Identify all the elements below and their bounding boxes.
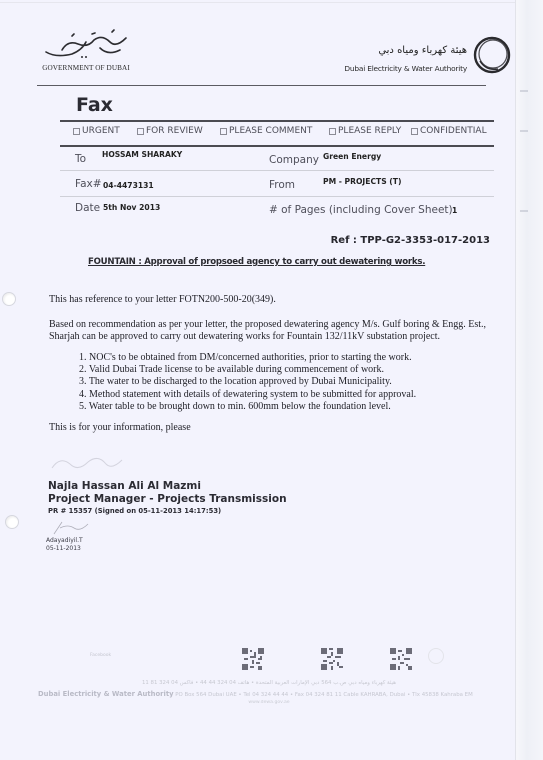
dewa-logo: هيئة كهرباء ومياه دبي Dubai Electricity … bbox=[322, 35, 512, 85]
divider bbox=[60, 170, 494, 171]
checkbox-icon bbox=[137, 128, 144, 135]
divider bbox=[60, 120, 494, 122]
condition-item: 1. NOC's to be obtained from DM/concerne… bbox=[79, 352, 499, 364]
signature-block: Najla Hassan Ali Al Mazmi Project Manage… bbox=[48, 480, 287, 516]
fax-number-value: 04-4473131 bbox=[103, 181, 154, 190]
initials-block: Adayadiyil.T 05-11-2013 bbox=[46, 537, 83, 553]
condition-item: 4. Method statement with details of dewa… bbox=[79, 389, 499, 401]
scan-artifact bbox=[520, 210, 528, 212]
checkbox-label: CONFIDENTIAL bbox=[420, 126, 487, 136]
reference-number: Ref : TPP-G2-3353-017-2013 bbox=[331, 235, 490, 246]
checkbox-confidential[interactable]: CONFIDENTIAL bbox=[411, 126, 487, 136]
date-value: 5th Nov 2013 bbox=[103, 203, 160, 212]
footer-website[interactable]: www.dewa.gov.ae bbox=[38, 700, 500, 705]
pages-value: 1 bbox=[452, 206, 457, 215]
footer-arabic-address: هيئة كهرباء ومياه دبي ص.ب 564 دبي الإمار… bbox=[38, 680, 500, 686]
conditions-list: 1. NOC's to be obtained from DM/concerne… bbox=[79, 352, 499, 413]
dewa-ring-icon bbox=[472, 35, 512, 75]
condition-item: 5. Water table to be brought down to min… bbox=[79, 401, 499, 413]
checkbox-icon bbox=[411, 128, 418, 135]
to-value: HOSSAM SHARAKY bbox=[102, 150, 182, 159]
signature-scribble-icon bbox=[48, 450, 128, 476]
company-value: Green Energy bbox=[323, 152, 381, 161]
letter-subject: FOUNTAIN : Approval of propsoed agency t… bbox=[88, 257, 425, 267]
signer-name: Najla Hassan Ali Al Mazmi bbox=[48, 480, 287, 493]
paragraph-approval: Based on recommendation as per your lett… bbox=[49, 319, 499, 344]
checkbox-for-review[interactable]: FOR REVIEW bbox=[137, 126, 203, 136]
footer-emblem-icon bbox=[428, 648, 444, 664]
checkbox-icon bbox=[73, 128, 80, 135]
gov-logo-text: GOVERNMENT OF DUBAI bbox=[36, 64, 136, 72]
condition-item: 2. Valid Dubai Trade license to be avail… bbox=[79, 364, 499, 376]
divider bbox=[60, 196, 494, 197]
company-label: Company bbox=[269, 154, 319, 166]
footer-english-address: Dubai Electricity & Water Authority PO B… bbox=[38, 690, 500, 698]
scan-artifact bbox=[520, 90, 528, 92]
scan-top-border bbox=[0, 2, 515, 3]
dewa-english-name: Dubai Electricity & Water Authority bbox=[344, 64, 467, 73]
punch-hole bbox=[2, 292, 16, 306]
paragraph-reference: This has reference to your letter FOTN20… bbox=[49, 294, 499, 306]
checkbox-icon bbox=[220, 128, 227, 135]
date-label: Date bbox=[75, 202, 100, 214]
qr-code-icon bbox=[242, 648, 264, 670]
from-value: PM - PROJECTS (T) bbox=[323, 177, 401, 186]
condition-item: 3. The water to be discharged to the loc… bbox=[79, 376, 499, 388]
fax-number-label: Fax# bbox=[75, 178, 102, 190]
initials-name: Adayadiyil.T bbox=[46, 537, 83, 545]
checkbox-please-comment[interactable]: PLEASE COMMENT bbox=[220, 126, 312, 136]
footer-org-name: Dubai Electricity & Water Authority bbox=[38, 690, 174, 698]
header-divider bbox=[37, 85, 486, 86]
footer-social-facebook: Facebook bbox=[90, 653, 111, 658]
scanned-page-edge bbox=[515, 0, 543, 760]
closing-line: This is for your information, please bbox=[49, 422, 499, 434]
signed-on-line: PR # 15357 (Signed on 05-11-2013 14:17:5… bbox=[48, 506, 287, 516]
checkbox-please-reply[interactable]: PLEASE REPLY bbox=[329, 126, 401, 136]
punch-hole bbox=[5, 515, 19, 529]
checkbox-urgent[interactable]: URGENT bbox=[73, 126, 120, 136]
from-label: From bbox=[269, 179, 295, 191]
checkbox-label: FOR REVIEW bbox=[146, 126, 203, 136]
dewa-arabic-name: هيئة كهرباء ومياه دبي bbox=[378, 45, 467, 56]
scan-artifact bbox=[520, 130, 528, 132]
checkbox-icon bbox=[329, 128, 336, 135]
checkbox-label: URGENT bbox=[82, 126, 120, 136]
qr-code-icon bbox=[390, 648, 412, 670]
pages-label: # of Pages (including Cover Sheet): bbox=[269, 204, 456, 216]
footer-contact-details: PO Box 564 Dubai UAE • Tel 04 324 44 44 … bbox=[175, 692, 473, 698]
signer-title: Project Manager - Projects Transmission bbox=[48, 493, 287, 506]
gov-arabic-calligraphy-icon bbox=[42, 28, 132, 62]
checkbox-label: PLEASE COMMENT bbox=[229, 126, 312, 136]
initials-date: 05-11-2013 bbox=[46, 545, 83, 553]
to-label: To bbox=[75, 153, 86, 165]
qr-code-icon bbox=[321, 648, 343, 670]
checkbox-label: PLEASE REPLY bbox=[338, 126, 401, 136]
fax-title: Fax bbox=[76, 94, 113, 116]
government-of-dubai-logo: GOVERNMENT OF DUBAI bbox=[36, 28, 136, 78]
fax-flags: URGENT FOR REVIEW PLEASE COMMENT PLEASE … bbox=[73, 126, 493, 140]
divider bbox=[60, 145, 494, 147]
initials-scribble-icon bbox=[52, 518, 92, 536]
